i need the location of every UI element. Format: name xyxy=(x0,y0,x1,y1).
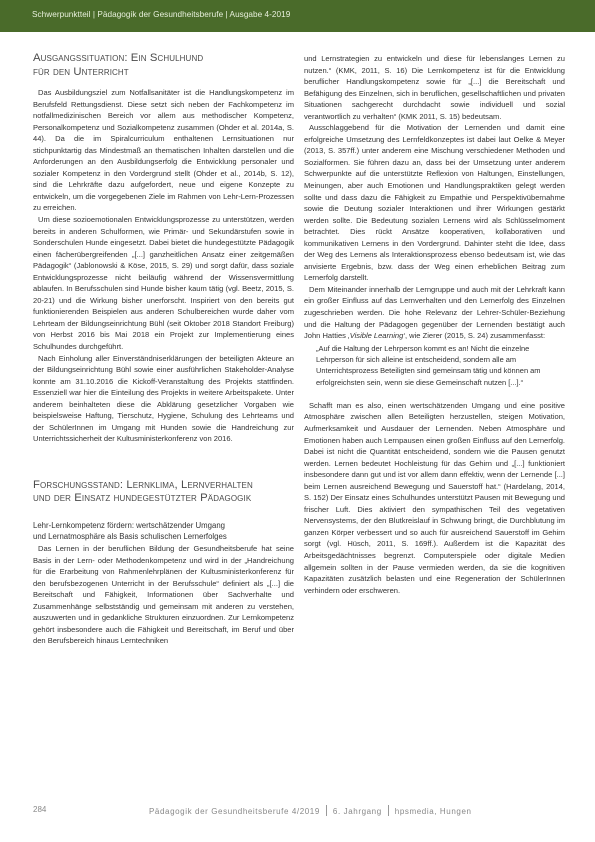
book-title: ‚Visible Learning‘ xyxy=(348,331,405,340)
paragraph-text: , wie Zierer (2015, S. 24) zusammenfasst… xyxy=(405,331,545,340)
section-heading-ausgangssituation: Ausgangssituation: Ein Schulhund für den… xyxy=(33,52,294,79)
heading-line: für den Unterricht xyxy=(33,66,129,78)
body-paragraph: Schafft man es also, einen wertschätzend… xyxy=(304,400,565,596)
body-paragraph: Um diese sozioemotionalen Entwicklungspr… xyxy=(33,214,294,353)
body-paragraph: Das Lernen in der beruflichen Bildung de… xyxy=(33,543,294,647)
subheading-line: und Lernatmosphäre als Basis schulischen… xyxy=(33,532,227,541)
divider xyxy=(388,805,389,816)
body-paragraph: Das Ausbildungsziel zum Notfallsanitäter… xyxy=(33,87,294,214)
body-paragraph: Ausschlaggebend für die Motivation der L… xyxy=(304,122,565,284)
heading-line: und der Einsatz hundegestützter Pädagogi… xyxy=(33,492,251,504)
section-heading-forschungsstand: Forschungsstand: Lernklima, Lernverhalte… xyxy=(33,479,294,506)
subheading: Lehr-Lernkompetenz fördern: wertschätzen… xyxy=(33,520,294,543)
body-paragraph: und Lernstrategien zu entwickeln und die… xyxy=(304,53,565,122)
volume: 6. Jahrgang xyxy=(333,807,382,816)
running-header-band: Schwerpunktteil | Pädagogik der Gesundhe… xyxy=(0,0,595,32)
publisher: hpsmedia, Hungen xyxy=(395,807,472,816)
divider xyxy=(326,805,327,816)
heading-line: Ausgangssituation: Ein Schulhund xyxy=(33,52,203,64)
right-column: und Lernstrategien zu entwickeln und die… xyxy=(304,53,565,596)
footer-info: Pädagogik der Gesundheitsberufe 4/20196.… xyxy=(149,805,472,816)
journal-name: Pädagogik der Gesundheitsberufe 4/2019 xyxy=(149,807,320,816)
body-paragraph: Nach Einholung aller Einverständniserklä… xyxy=(33,353,294,445)
page-number: 284 xyxy=(33,805,46,814)
body-paragraph: Dem Miteinander innerhalb der Lerngruppe… xyxy=(304,284,565,342)
running-header-title: Schwerpunktteil | Pädagogik der Gesundhe… xyxy=(32,10,290,19)
heading-line: Forschungsstand: Lernklima, Lernverhalte… xyxy=(33,479,253,491)
left-column: Ausgangssituation: Ein Schulhund für den… xyxy=(33,52,294,647)
subheading-line: Lehr-Lernkompetenz fördern: wertschätzen… xyxy=(33,521,225,530)
block-quote: „Auf die Haltung der Lehrperson kommt es… xyxy=(316,343,559,388)
